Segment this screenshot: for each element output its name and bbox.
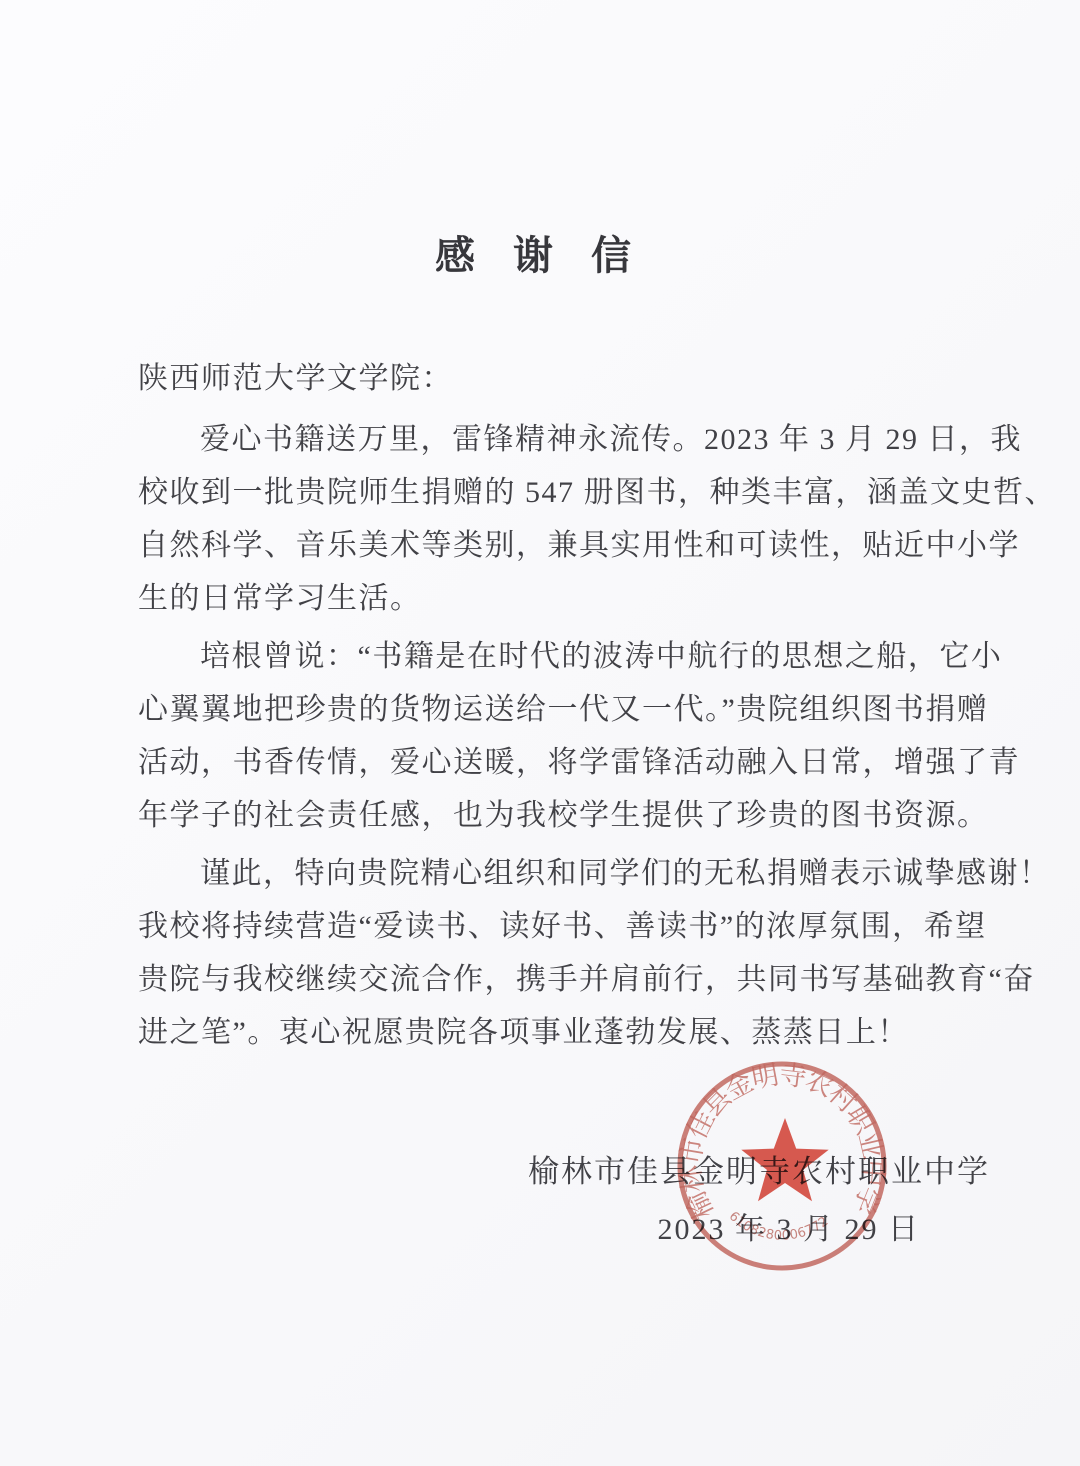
paragraph-1: 爱心书籍送万里，雷锋精神永流传。2023 年 3 月 29 日，我 校收到一批贵… [138,413,1004,625]
seal-serial-number: 6108280006772 [726,1209,832,1244]
star-icon [741,1118,828,1201]
paragraph-2: 培根曾说：“书籍是在时代的波涛中航行的思想之船，它小 心翼翼地把珍贵的货物运送给… [138,630,1004,842]
letter-line: 校收到一批贵院师生捐赠的 547 册图书，种类丰富，涵盖文史哲、 [138,466,1004,519]
letter-line: 我校将持续营造“爱读书、读好书、善读书”的浓厚氛围，希望 [138,900,1004,953]
official-seal: 榆林市佳县金明寺农村职业中学 6108280006772 [672,1056,892,1276]
letter-line: 心翼翼地把珍贵的货物运送给一代又一代。”贵院组织图书捐赠 [138,683,1004,736]
letter-line: 谨此，特向贵院精心组织和同学们的无私捐赠表示诚挚感谢！ [138,847,1004,900]
letter-line: 生的日常学习生活。 [138,572,1004,625]
paragraph-3: 谨此，特向贵院精心组织和同学们的无私捐赠表示诚挚感谢！ 我校将持续营造“爱读书、… [138,847,1004,1059]
salutation: 陕西师范大学文学院： [138,352,1004,405]
letter-body: 陕西师范大学文学院： 爱心书籍送万里，雷锋精神永流传。2023 年 3 月 29… [138,352,1004,1059]
letter-line: 年学子的社会责任感，也为我校学生提供了珍贵的图书资源。 [138,789,1004,842]
letter-line: 爱心书籍送万里，雷锋精神永流传。2023 年 3 月 29 日，我 [138,413,1004,466]
letter-line: 贵院与我校继续交流合作，携手并肩前行，共同书写基础教育“奋 [138,953,1004,1006]
letter-title: 感 谢 信 [0,224,1080,281]
letter-line: 活动，书香传情，爱心送暖，将学雷锋活动融入日常，增强了青 [138,736,1004,789]
letter-line: 进之笔”。衷心祝愿贵院各项事业蓬勃发展、蒸蒸日上！ [138,1006,1004,1059]
letter-line: 培根曾说：“书籍是在时代的波涛中航行的思想之船，它小 [138,630,1004,683]
letter-line: 自然科学、音乐美术等类别，兼具实用性和可读性，贴近中小学 [138,519,1004,572]
letter-page: 感 谢 信 陕西师范大学文学院： 爱心书籍送万里，雷锋精神永流传。2023 年 … [0,0,1080,1466]
